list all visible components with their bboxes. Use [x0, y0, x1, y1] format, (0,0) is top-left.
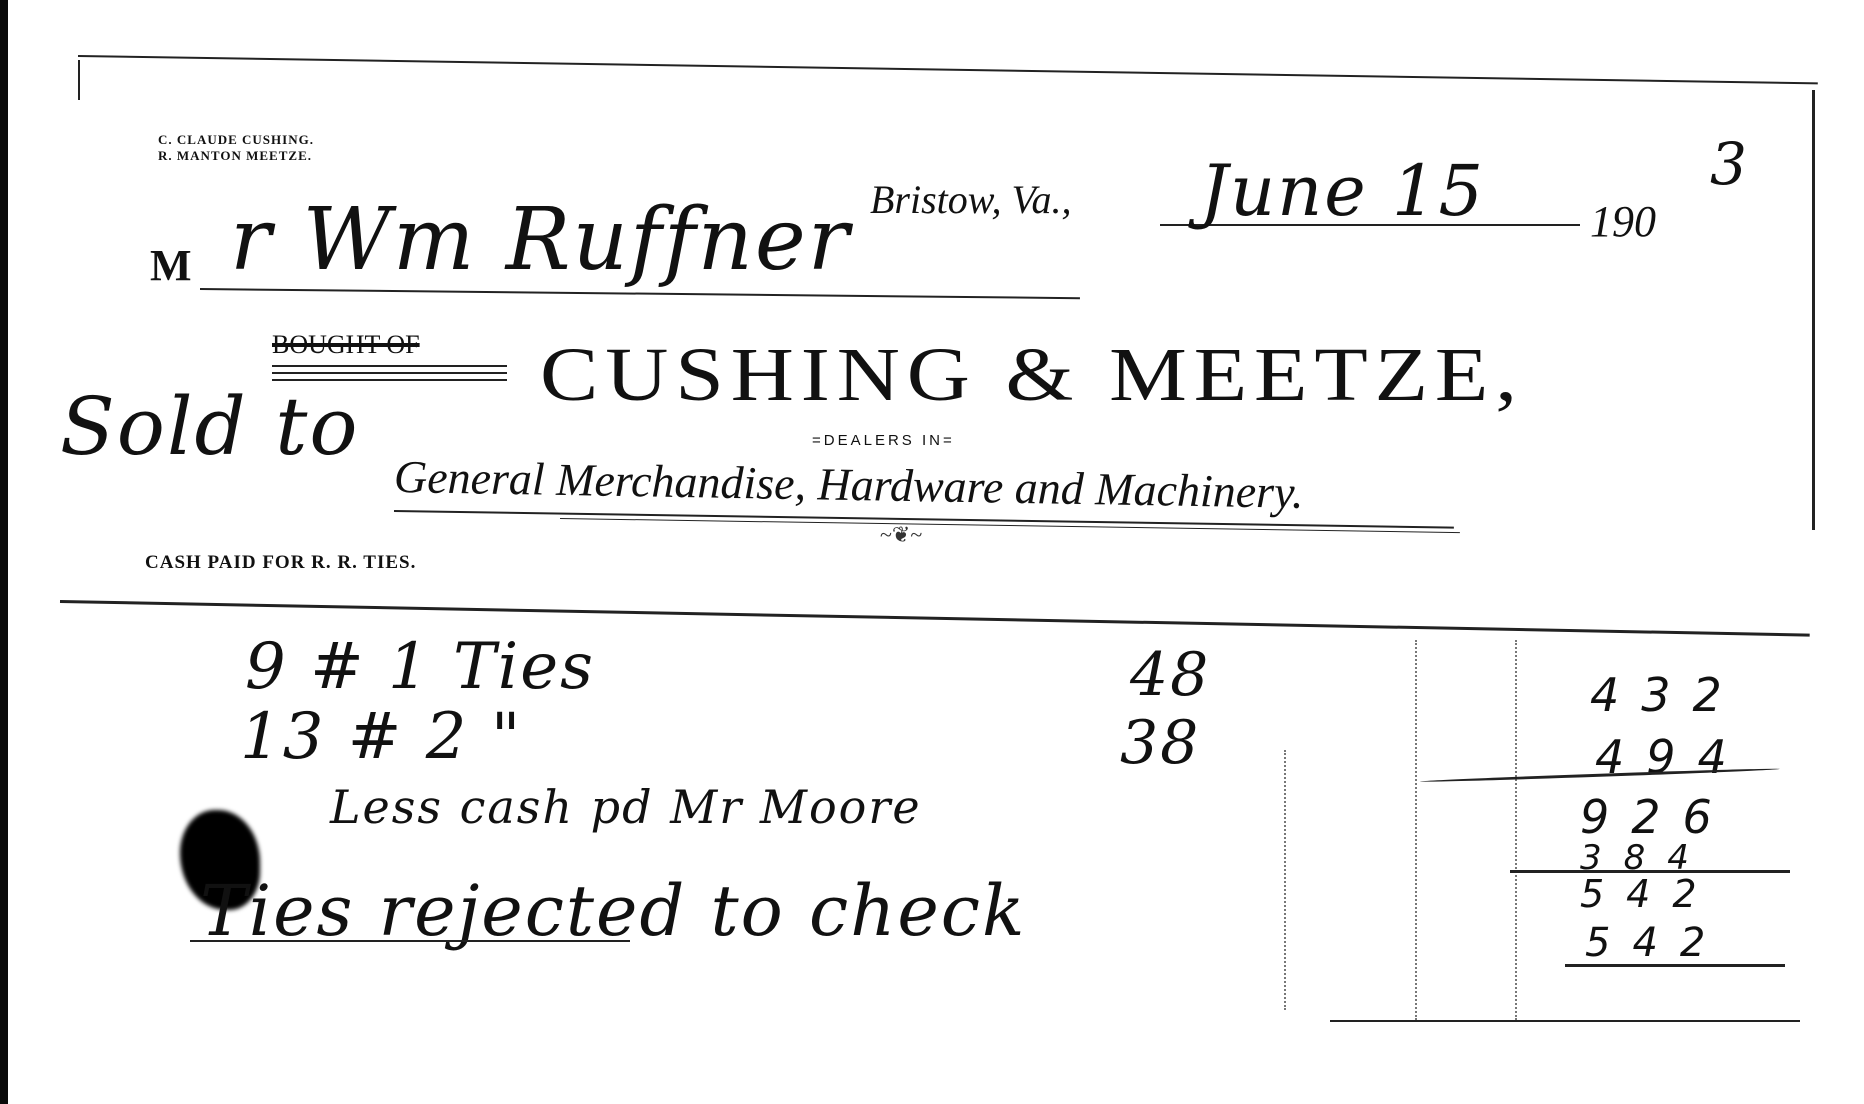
partner-2: R. MANTON MEETZE.: [158, 148, 314, 164]
line-item-1-grade: # 1: [310, 630, 431, 704]
note-underline: [190, 940, 630, 942]
bottom-divider: [1330, 1020, 1800, 1022]
place-label: Bristow, Va.,: [870, 176, 1072, 223]
customer-name: r Wm Ruffner: [230, 190, 851, 290]
note-less-cash: Less cash pd Mr Moore: [330, 780, 922, 834]
line-item-2-qty: 13: [240, 700, 325, 774]
tagline: General Merchandise, Hardware and Machin…: [394, 450, 1304, 519]
top-border: [78, 55, 1818, 84]
bought-of-struck: BOUGHT OF: [272, 330, 420, 360]
line-item-2-description: ": [491, 700, 522, 774]
line-item-2-row: 13 # 2 ": [240, 700, 522, 774]
firm-name: CUSHING & MEETZE,: [540, 332, 1524, 419]
subtotal-amount: 926: [1580, 790, 1734, 844]
column-separator-3: [1515, 640, 1517, 1020]
line-item-1-amount: 432: [1590, 668, 1744, 722]
date-handwritten: June 15: [1200, 150, 1485, 232]
bought-of-rule-2: [272, 372, 507, 374]
year-printed: 190: [1590, 196, 1656, 247]
dealers-in-label: =DEALERS IN=: [812, 432, 955, 449]
cash-paid-notice: CASH PAID FOR R. R. TIES.: [145, 552, 416, 574]
partner-1: C. CLAUDE CUSHING.: [158, 132, 314, 148]
partners-names: C. CLAUDE CUSHING. R. MANTON MEETZE.: [158, 132, 314, 164]
year-handwritten: 3: [1710, 130, 1749, 198]
ornament-flourish: ~❦~: [880, 522, 922, 548]
line-item-1-description: Ties: [453, 630, 595, 704]
column-separator-1: [1284, 750, 1286, 1010]
left-border: [78, 60, 80, 100]
line-item-2-rate: 38: [1120, 708, 1200, 778]
line-item-1-row: 9 # 1 Ties: [245, 630, 595, 704]
scan-edge-shadow: [0, 0, 8, 1104]
sold-to-handwritten: Sold to: [60, 380, 360, 473]
final-rule: [1565, 964, 1785, 967]
balance-amount-repeat: 542: [1585, 920, 1727, 966]
line-item-2-grade: # 2: [348, 700, 469, 774]
line-item-1-rate: 48: [1130, 640, 1210, 710]
column-separator-2: [1415, 640, 1417, 1020]
balance-amount: 542: [1580, 872, 1719, 916]
right-border: [1812, 90, 1815, 530]
customer-prefix: M: [150, 240, 192, 291]
bought-of-rule-1: [272, 365, 507, 367]
line-item-1-qty: 9: [245, 630, 288, 704]
